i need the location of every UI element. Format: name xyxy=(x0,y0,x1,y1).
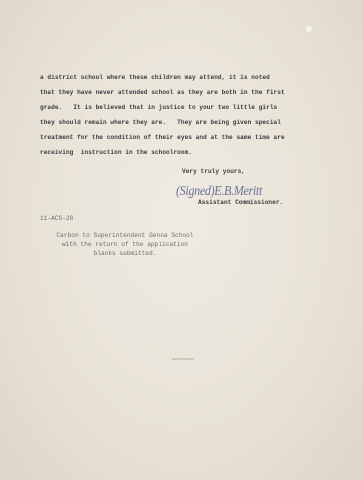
carbon-note-line-2: with the return of the application xyxy=(40,241,210,248)
signature: (Signed)E.B.Meritt xyxy=(176,183,262,199)
signer-title: Assistant Commissioner. xyxy=(198,199,283,206)
letter-page: a district school where these children m… xyxy=(0,0,363,480)
carbon-note-line-1: Carbon to Superintendent Genoa School xyxy=(40,232,210,239)
carbon-note-line-3: blanks submitted. xyxy=(40,250,210,257)
body-line-1: a district school where these children m… xyxy=(40,74,270,81)
closing: Very truly yours, xyxy=(182,168,245,175)
body-line-6: receiving instruction in the schoolroom. xyxy=(40,149,192,156)
faint-stamp-mark xyxy=(172,358,194,360)
body-line-2: that they have never attended school as … xyxy=(40,89,285,96)
reference-code: 11-ACS-28 xyxy=(40,215,73,222)
body-line-4: they should remain where they are. They … xyxy=(40,119,281,126)
body-line-3: grade. It is believed that in justice to… xyxy=(40,104,277,111)
paper-spot xyxy=(306,26,312,32)
body-line-5: treatment for the condition of their eye… xyxy=(40,134,285,141)
